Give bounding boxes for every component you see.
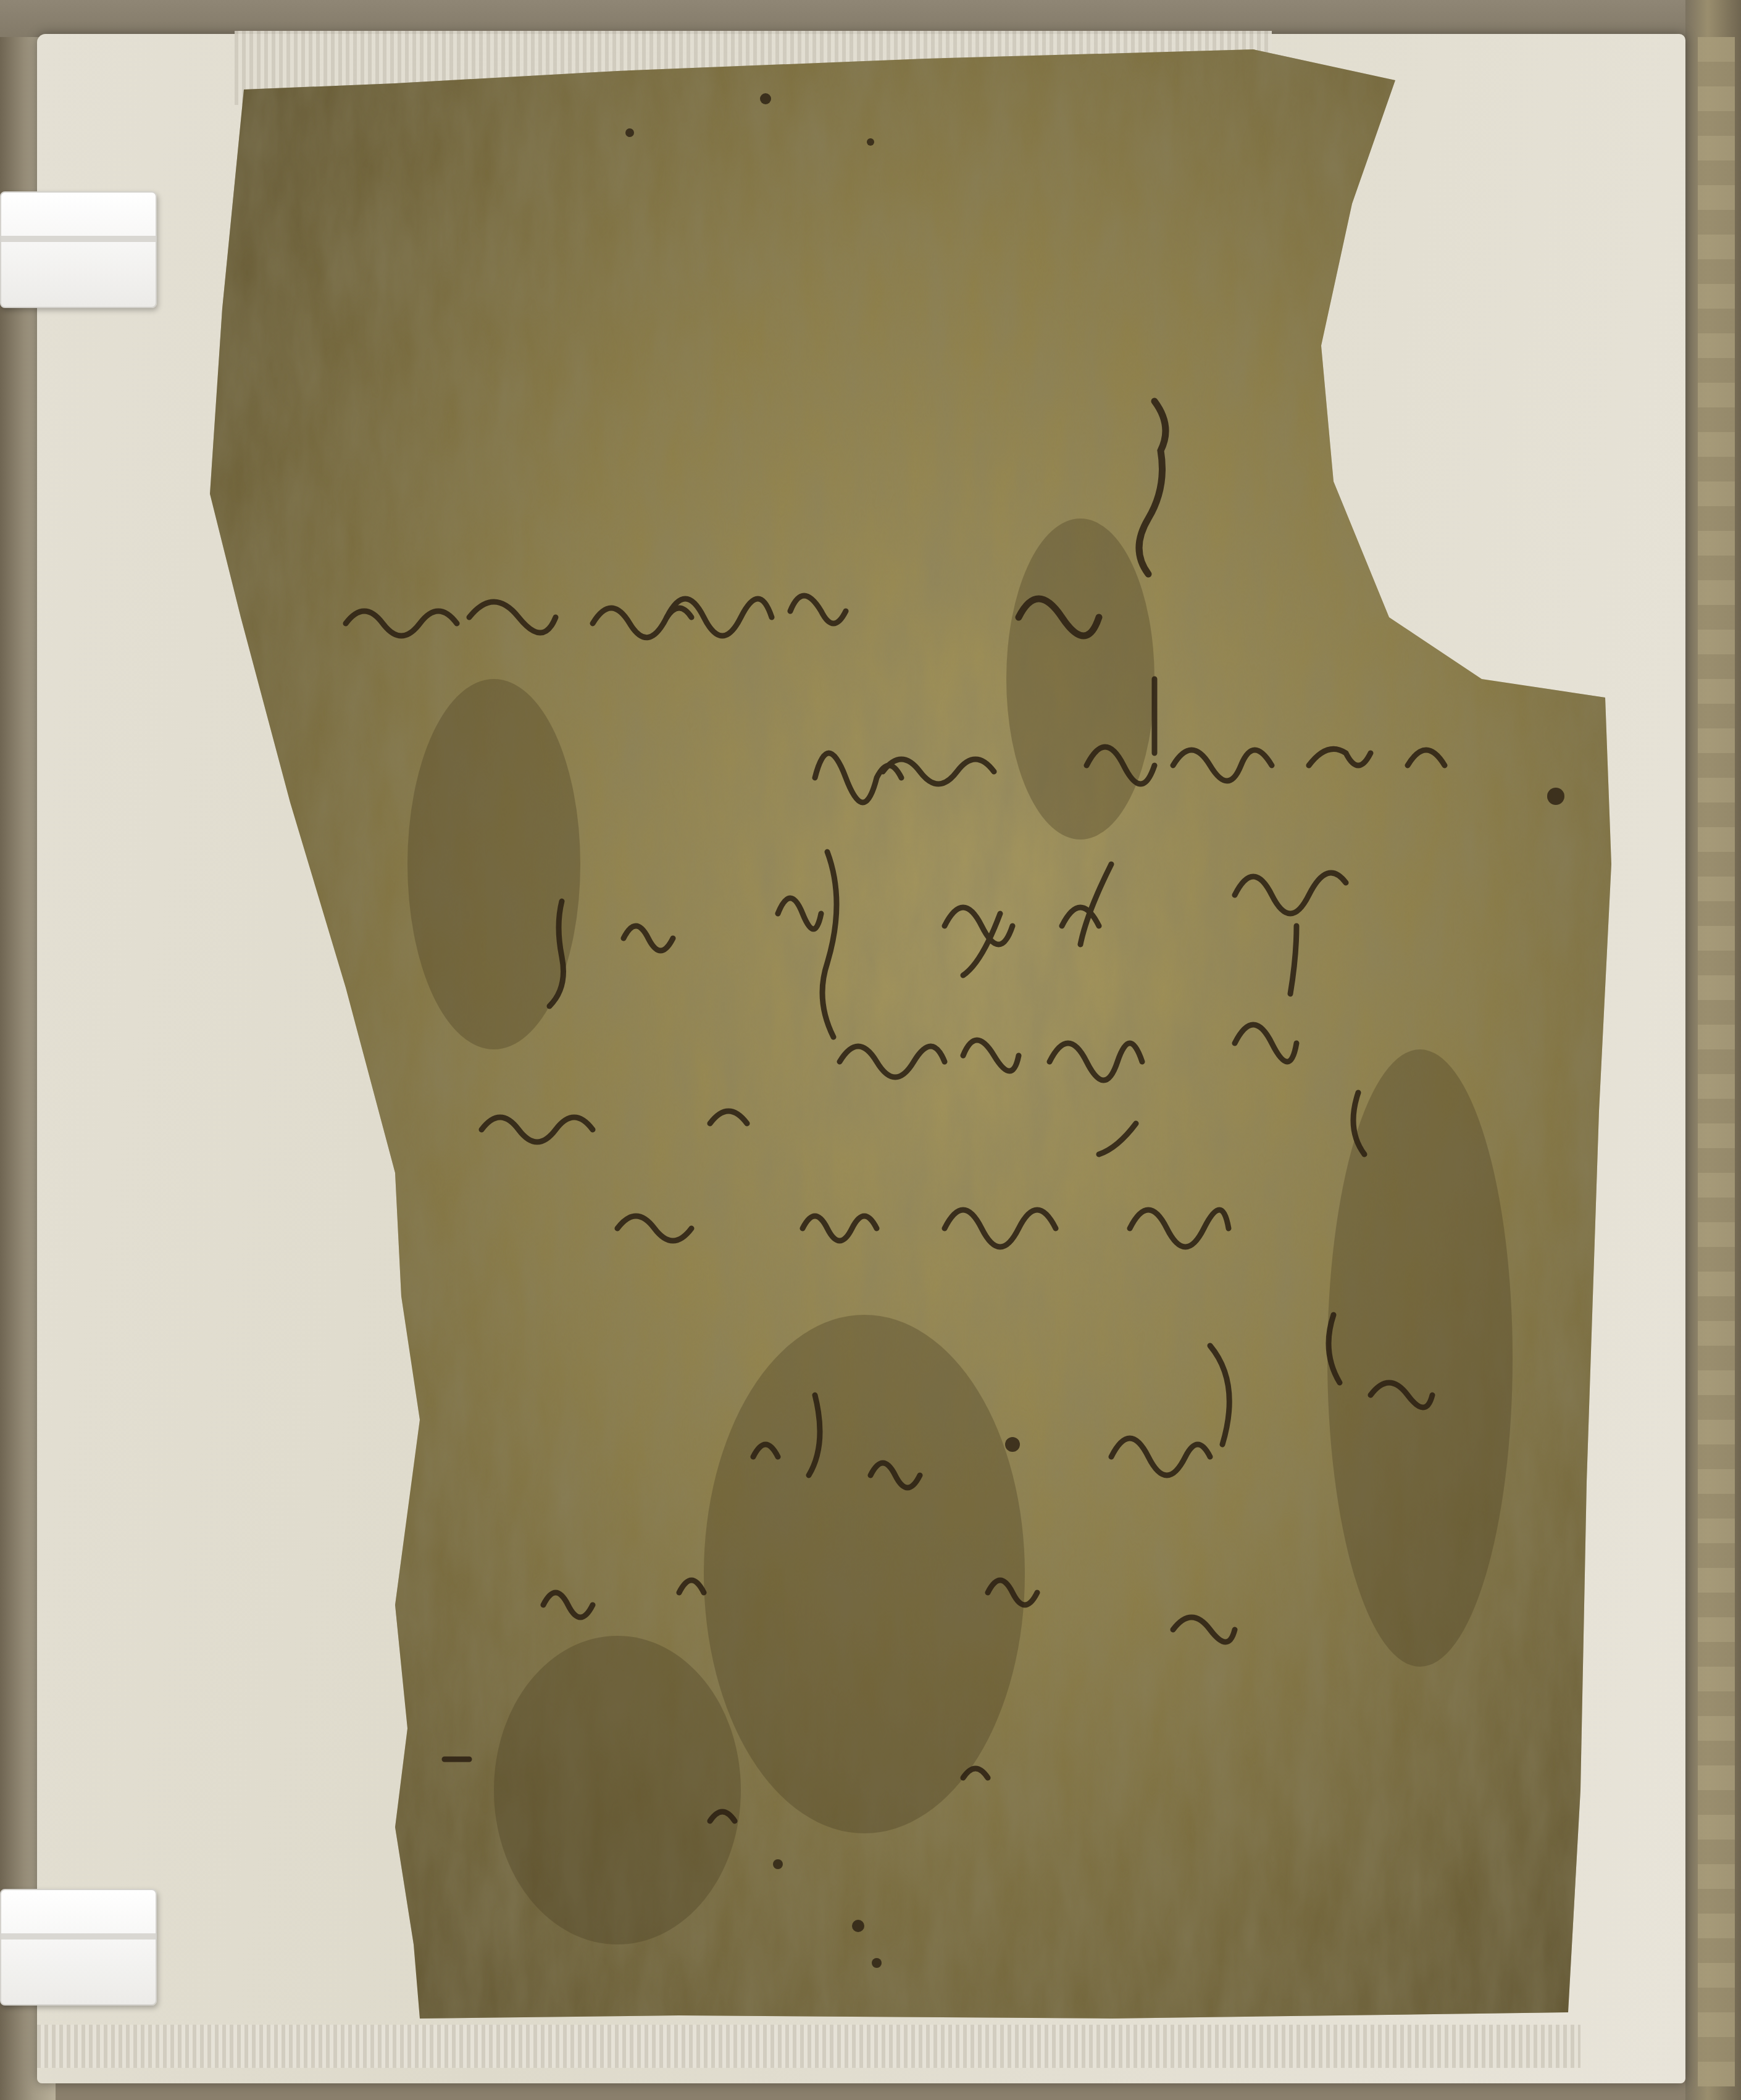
parchment-fragment: [0, 0, 1741, 2100]
mount-clip-top: [0, 191, 157, 308]
manuscript-photo: Photograph of a damaged medieval parchme…: [0, 0, 1741, 2100]
mount-clip-bottom: [0, 1889, 157, 2006]
